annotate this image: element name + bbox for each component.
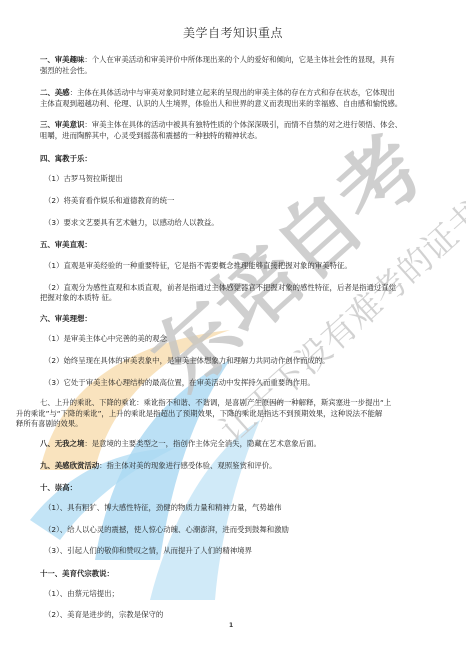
document-page: 美学自考知识重点 一、审美趣味：个人在审美活动和审美评价中所体现出来的个人的爱好… [0,0,466,663]
list-item: （3）要求文艺要具有艺术魅力，以感动给人以教益。 [44,218,219,228]
term: 三、审美意识 [40,120,84,129]
body-text: 释所有喜剧的效果。 [16,419,83,428]
section-heading: 六、审美理想： [40,313,92,324]
body-text: ：是意境的主要类型之一，指创作主体完全消失，隐藏在艺术意象后面。 [84,439,321,448]
term: 二、美感 [40,88,70,97]
list-item: （1）直观是审美经验的一种重要特征，它是指不需要概念推理能够直接把握对象的审美特… [44,261,352,271]
section-incongruity: 七、上升的乘讹、下降的乘讹：乘讹指不和谐、不谐调，是喜剧产生原因的一种解释，斯宾… [16,398,436,430]
term: 一、审美趣味 [40,55,84,64]
section-heading: 十、崇高： [40,482,77,493]
term: 九、美感欣赏活动 [40,461,99,470]
body-text: ：主体在具体活动中与审美对象同时建立起来的呈现出的审美主体的存在方式和存在状态，… [70,88,395,97]
list-item: （1）、由蔡元培提出； [44,589,119,599]
section-heading: 五、审美直观： [40,239,92,250]
list-item: （1）、具有粗犷、博大感性特征，劲健的物质力量和精神力量，气势雄伟 [44,503,282,513]
body-text: 七、上升的乘讹、下降的乘讹：乘讹指不和谐、不谐调，是喜剧产生原因的一种解释，斯宾… [16,398,391,407]
section-appreciation: 九、美感欣赏活动：指主体对美的现象进行感受体验、观照鉴赏和评价。 [40,461,430,472]
list-item-continued: 把握对象的本质特 征。 [40,293,116,303]
body-text: 强烈的社会性。 [40,66,92,75]
list-item: （2）、美育是进步的，宗教是保守的 [44,610,163,620]
list-item: （2）始终呈现在具体的审美表象中，是审美主体想象力和理解力共同动作创作而成的。 [44,356,330,366]
page-title: 美学自考知识重点 [0,24,466,41]
body-text: 主体直观到超越功利、伦理、认识的人生境界，体验出人和世界的意义而表现出来的幸福感… [40,99,402,108]
list-item: （3）它处于审美主体心理结构的最高位置，在审美活动中发挥持久而重要的作用。 [44,378,315,388]
body-text: ：审美主体在具体的活动中被具有独特性质的个体深深吸引，而情不自禁的对之进行领悟、… [84,120,402,129]
section-selfless-realm: 八、无我之境：是意境的主要类型之一，指创作主体完全消失，隐藏在艺术意象后面。 [40,439,430,450]
list-item: （2）将美育看作娱乐和道德教育的统一 [44,196,174,206]
body-text: 升的乘讹”与“下降的乘讹”，上升的乘讹是指超出了预期效果，下降的乘讹是指达不到预… [16,409,382,418]
list-item: （2）直观分为感性直观和本质直观，前者是指通过主体感觉器官不把握对象的感性特征，… [44,283,396,293]
body-text: ：指主体对美的现象进行感受体验、观照鉴赏和评价。 [99,461,276,470]
section-aesthetic-consciousness: 三、审美意识：审美主体在具体的活动中被具有独特性质的个体深深吸引，而情不自禁的对… [40,120,430,141]
list-item: （2）、给人以心灵的震撼，使人惊心动魄、心潮澎湃，进而受到鼓舞和激励 [44,525,289,535]
section-heading: 四、寓教于乐： [40,153,92,164]
section-aesthetic-feeling: 二、美感：主体在具体活动中与审美对象同时建立起来的呈现出的审美主体的存在方式和存… [40,88,430,109]
list-item: （1）古罗马贺拉斯提出 [44,174,123,184]
list-item: （3）、引起人们的敬仰和赞叹之情，从而提升了人们的精神境界 [44,546,252,556]
page-number: 1 [229,622,233,629]
section-aesthetic-taste: 一、审美趣味：个人在审美活动和审美评价中所体现出来的个人的爱好和倾向，它是主体社… [40,55,430,76]
body-text: ：个人在审美活动和审美评价中所体现出来的个人的爱好和倾向，它是主体社会性的显现，… [84,55,394,64]
section-heading: 十一、美育代宗教说： [40,568,114,579]
body-text: 咀嚼，进而陶醉其中，心灵受到摇荡和震撼的一种独特的精神状态。 [40,131,262,140]
term: 八、无我之境 [40,439,84,448]
list-item: （1）是审美主体心中完善的美的观念 [44,334,167,344]
